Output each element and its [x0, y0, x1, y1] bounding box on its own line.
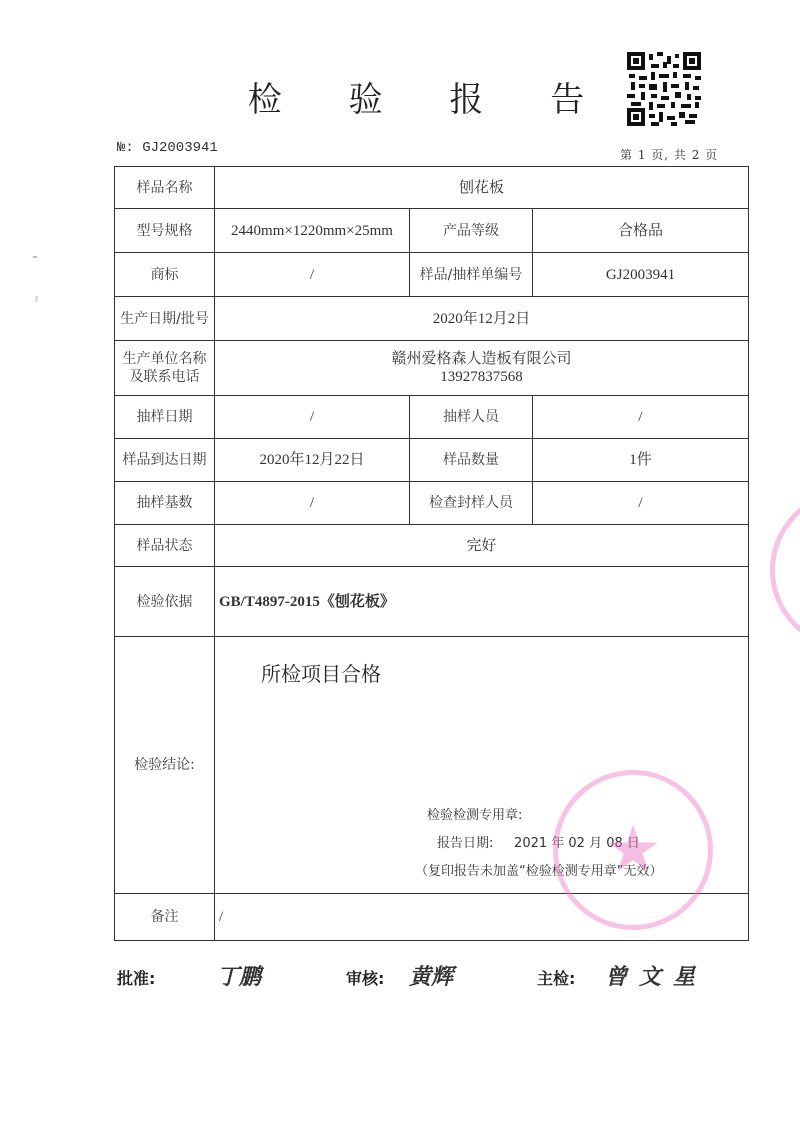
table-row-trademark: 商标 / 样品/抽样单编号 GJ2003941: [115, 253, 749, 297]
label-sample-name: 样品名称: [115, 167, 215, 209]
label-sample-status: 样品状态: [115, 525, 215, 567]
label-sampling-base: 抽样基数: [115, 482, 215, 525]
label-sample-number: 样品/抽样单编号: [410, 253, 533, 297]
table-row-production-date: 生产日期/批号 2020年12月2日: [115, 297, 749, 341]
label-basis: 检验依据: [115, 567, 215, 637]
label-grade: 产品等级: [410, 209, 533, 253]
signature-row: 批准: 丁鹏 审核: 黄辉 主检: 曾文星: [117, 962, 757, 1002]
label-remarks: 备注: [115, 894, 215, 941]
value-sample-name: 刨花板: [215, 167, 749, 209]
value-trademark: /: [215, 253, 410, 297]
conclusion-text: 所检项目合格: [261, 665, 381, 683]
label-sealer: 检查封样人员: [410, 482, 533, 525]
label-production-date: 生产日期/批号: [115, 297, 215, 341]
value-sample-number: GJ2003941: [533, 253, 749, 297]
table-row-sample-status: 样品状态 完好: [115, 525, 749, 567]
label-sampler: 抽样人员: [410, 396, 533, 439]
label-quantity: 样品数量: [410, 439, 533, 482]
value-grade: 合格品: [533, 209, 749, 253]
scan-artifact: [33, 256, 37, 258]
value-quantity: 1件: [533, 439, 749, 482]
table-row-manufacturer: 生产单位名称 及联系电话 赣州爱格森人造板有限公司 13927837568: [115, 341, 749, 396]
value-sample-status: 完好: [215, 525, 749, 567]
table-row-sampling-base: 抽样基数 / 检查封样人员 /: [115, 482, 749, 525]
table-row-sample-name: 样品名称 刨花板: [115, 167, 749, 209]
value-arrival-date: 2020年12月22日: [215, 439, 410, 482]
label-arrival-date: 样品到达日期: [115, 439, 215, 482]
scan-artifact: [35, 296, 38, 302]
value-sampling-base: /: [215, 482, 410, 525]
review-label: 审核:: [346, 966, 384, 989]
label-manufacturer: 生产单位名称 及联系电话: [115, 341, 215, 396]
inspector-label: 主检:: [537, 966, 575, 989]
review-signature: 黄辉: [409, 960, 453, 991]
value-basis: GB/T4897-2015《刨花板》: [215, 567, 749, 637]
seal-star-icon: ★: [604, 818, 661, 882]
qr-code-icon: [627, 50, 701, 128]
approve-label: 批准:: [117, 966, 155, 989]
page-indicator: 第 1 页, 共 2 页: [620, 146, 718, 163]
manufacturer-phone: 13927837568: [215, 368, 748, 386]
manufacturer-name: 赣州爱格森人造板有限公司: [215, 350, 748, 368]
approve-signature: 丁鹏: [217, 960, 261, 991]
report-number: №: GJ2003941: [117, 140, 218, 156]
official-seal-icon: ★: [553, 770, 713, 930]
label-model: 型号规格: [115, 209, 215, 253]
value-sealer: /: [533, 482, 749, 525]
inspector-signature: 曾文星: [605, 960, 707, 991]
table-row-basis: 检验依据 GB/T4897-2015《刨花板》: [115, 567, 749, 637]
official-seal-partial-icon: ★: [770, 490, 800, 650]
label-manufacturer-line2: 及联系电话: [115, 368, 214, 386]
table-row-sampling-date: 抽样日期 / 抽样人员 /: [115, 396, 749, 439]
label-manufacturer-line1: 生产单位名称: [115, 350, 214, 368]
label-sampling-date: 抽样日期: [115, 396, 215, 439]
value-manufacturer: 赣州爱格森人造板有限公司 13927837568: [215, 341, 749, 396]
value-production-date: 2020年12月2日: [215, 297, 749, 341]
value-model: 2440mm×1220mm×25mm: [215, 209, 410, 253]
label-conclusion: 检验结论:: [115, 637, 215, 894]
table-row-arrival-date: 样品到达日期 2020年12月22日 样品数量 1件: [115, 439, 749, 482]
table-row-model: 型号规格 2440mm×1220mm×25mm 产品等级 合格品: [115, 209, 749, 253]
value-sampling-date: /: [215, 396, 410, 439]
stamp-label: 检验检测专用章:: [427, 807, 522, 825]
value-sampler: /: [533, 396, 749, 439]
label-trademark: 商标: [115, 253, 215, 297]
